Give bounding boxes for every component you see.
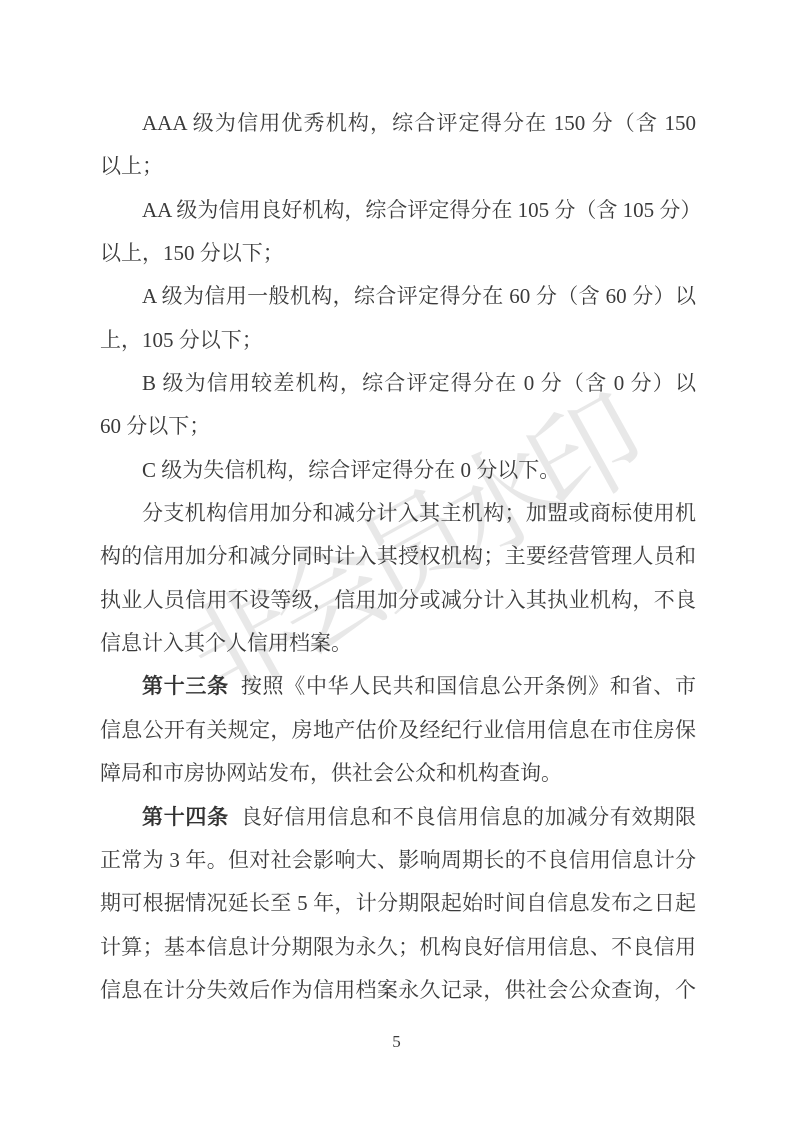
document-line: AAA 级为信用优秀机构，综合评定得分在 150 分（含 150 分） [100,102,696,145]
document-line: C 级为失信机构，综合评定得分在 0 分以下。 [100,449,696,492]
document-line: 构的信用加分和减分同时计入其授权机构；主要经营管理人员和 [100,535,696,578]
document-line: 分支机构信用加分和减分计入其主机构；加盟或商标使用机 [100,492,696,535]
document-line: A 级为信用一般机构，综合评定得分在 60 分（含 60 分）以 [100,275,696,318]
document-line: AA 级为信用良好机构，综合评定得分在 105 分（含 105 分） [100,189,696,232]
document-line: 60 分以下； [100,405,696,448]
document-line: 信息在计分失效后作为信用档案永久记录，供社会公众查询，个 [100,969,696,1012]
article-13-text: 按照《中华人民共和国信息公开条例》和省、市 [241,674,696,698]
article-13-heading: 第十三条 [142,674,229,698]
document-line: 以上； [100,145,696,188]
document-line: 计算；基本信息计分期限为永久；机构良好信用信息、不良信用 [100,926,696,969]
document-line: 以上，150 分以下； [100,232,696,275]
document-line: 信息公开有关规定，房地产估价及经纪行业信用信息在市住房保 [100,709,696,752]
article-14-heading: 第十四条 [142,805,229,829]
document-line: B 级为信用较差机构，综合评定得分在 0 分（含 0 分）以上， [100,362,696,405]
document-line-article-14: 第十四条良好信用信息和不良信用信息的加减分有效期限 [100,796,696,839]
document-line: 期可根据情况延长至 5 年，计分期限起始时间自信息发布之日起 [100,882,696,925]
document-line: 信息计入其个人信用档案。 [100,622,696,665]
document-line: 上，105 分以下； [100,319,696,362]
document-line: 障局和市房协网站发布，供社会公众和机构查询。 [100,752,696,795]
document-line: 正常为 3 年。但对社会影响大、影响周期长的不良信用信息计分 [100,839,696,882]
document-line: 执业人员信用不设等级，信用加分或减分计入其执业机构，不良 [100,579,696,622]
document-page: 非会员水印 AAA 级为信用优秀机构，综合评定得分在 150 分（含 150 分… [0,0,793,1122]
document-body: AAA 级为信用优秀机构，综合评定得分在 150 分（含 150 分） 以上； … [100,102,696,1012]
page-number: 5 [0,1032,793,1052]
article-14-text: 良好信用信息和不良信用信息的加减分有效期限 [241,805,696,829]
document-line-article-13: 第十三条按照《中华人民共和国信息公开条例》和省、市 [100,665,696,708]
